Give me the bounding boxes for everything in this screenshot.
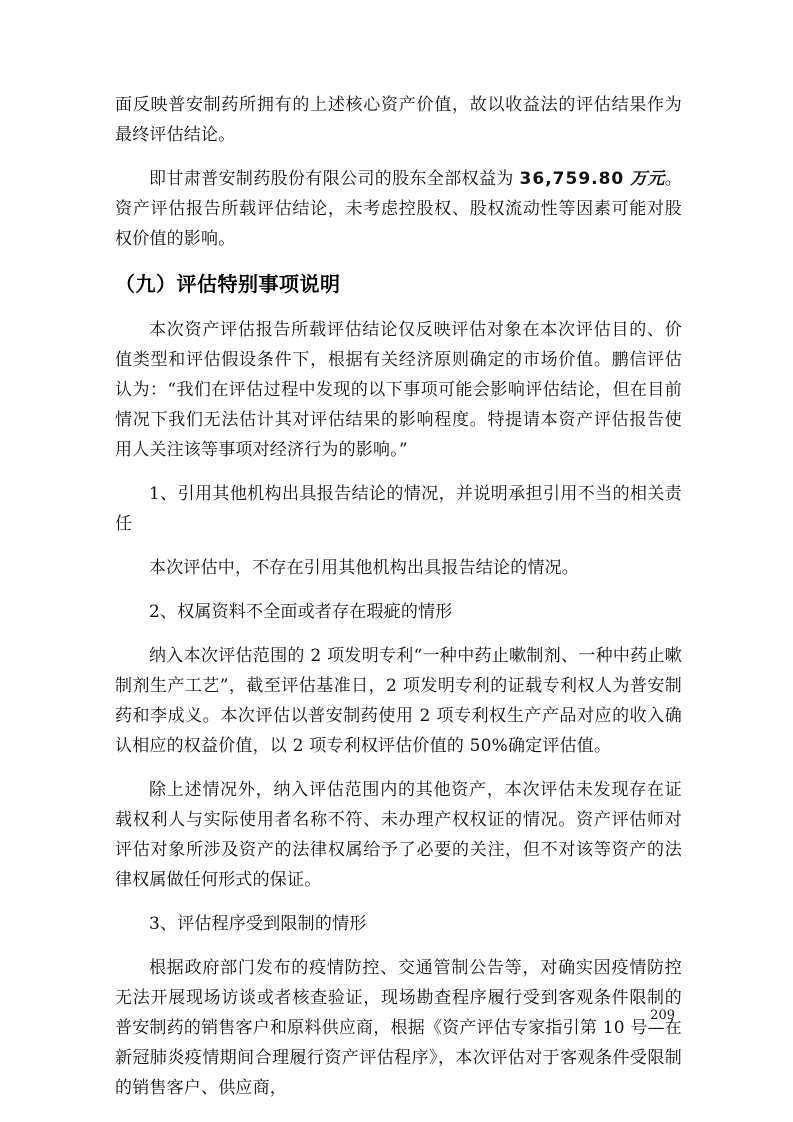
paragraph-equity-value: 即甘肃普安制药股份有限公司的股东全部权益为 36,759.80 万元。资产评估报… — [115, 164, 682, 254]
equity-amount-value: 36,759.80 — [520, 169, 625, 189]
page-content: 面反映普安制药所拥有的上述核心资产价值，故以收益法的评估结果作为最终评估结论。 … — [115, 90, 682, 1117]
paragraph-scope-statement: 本次资产评估报告所载评估结论仅反映评估对象在本次评估目的、价值类型和评估假设条件… — [115, 315, 682, 465]
item-1-body: 本次评估中，不存在引用其他机构出具报告结论的情况。 — [115, 553, 682, 583]
item-3-title: 3、评估程序受到限制的情形 — [115, 909, 682, 939]
item-2-body-patent: 纳入本次评估范围的 2 项发明专利“一种中药止嗽制剂、一种中药止嗽制剂生产工艺”… — [115, 641, 682, 761]
paragraph-conclusion-continued: 面反映普安制药所拥有的上述核心资产价值，故以收益法的评估结果作为最终评估结论。 — [115, 90, 682, 150]
page-number: 209 — [650, 1008, 675, 1023]
item-1-title: 1、引用其他机构出具报告结论的情况，并说明承担引用不当的相关责任 — [115, 479, 682, 539]
item-2-body-other-assets: 除上述情况外，纳入评估范围内的其他资产，本次评估未发现存在证载权利人与实际使用者… — [115, 775, 682, 895]
item-3-body: 根据政府部门发布的疫情防控、交通管制公告等，对确实因疫情防控无法开展现场访谈或者… — [115, 953, 682, 1103]
equity-amount-unit: 万元 — [630, 169, 665, 189]
document-page: 面反映普安制药所拥有的上述核心资产价值，故以收益法的评估结果作为最终评估结论。 … — [0, 0, 793, 1122]
section-heading-special-matters: （九）评估特别事项说明 — [115, 268, 682, 300]
item-2-title: 2、权属资料不全面或者存在瑕疵的情形 — [115, 597, 682, 627]
equity-text-before: 即甘肃普安制药股份有限公司的股东全部权益为 — [149, 169, 520, 189]
